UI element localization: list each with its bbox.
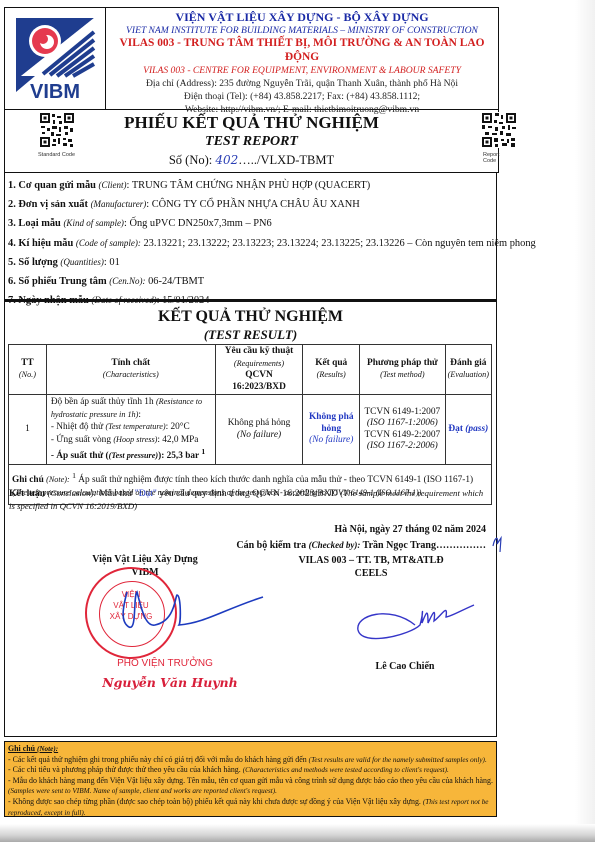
- report-title-en: TEST REPORT: [5, 134, 498, 150]
- centre-name-vi: VILAS 003 - TRUNG TÂM THIẾT BỊ, MÔI TRƯỜ…: [106, 37, 498, 63]
- row-characteristics: Độ bền áp suất thủy tĩnh 1h (Resistance …: [46, 395, 215, 465]
- institute-name-vi: VIỆN VẬT LIỆU XÂY DỰNG - BỘ XÂY DỰNG: [106, 11, 498, 24]
- footer-note-title: Ghi chú (Note):: [8, 744, 58, 753]
- info-quantities: 5. Số lượng (Quantities): 01: [8, 253, 496, 272]
- footer-note-item: - Mẫu do khách hàng mang đến Viện Vật li…: [8, 776, 493, 797]
- info-manufacturer: 2. Đơn vị sản xuất (Manufacturer): CÔNG …: [8, 195, 496, 214]
- signer-name: Lê Cao Chiến: [355, 661, 455, 672]
- results-table: TT(No.) Tính chất(Characteristics) Yêu c…: [8, 344, 492, 505]
- deputy-signature-icon: [115, 587, 265, 637]
- institute-name-en: VIET NAM INSTITUTE FOR BUILDING MATERIAL…: [106, 24, 498, 37]
- col-requirements: Yêu cầu kỹ thuật(Requirements)QCVN 16:20…: [215, 345, 303, 395]
- row-requirement: Không phá hỏng(No failure): [215, 395, 303, 465]
- address: Địa chỉ (Address): 235 đường Nguyễn Trãi…: [106, 77, 498, 90]
- row-no: 1: [9, 395, 47, 465]
- page-bottom-edge: [0, 824, 595, 842]
- info-code-of-sample: 4. Kí hiệu mẫu (Code of sample): 23.1322…: [8, 234, 496, 253]
- centre-name-en: VILAS 003 - CENTRE FOR EQUIPMENT, ENVIRO…: [106, 64, 498, 77]
- col-evaluation: Đánh giá(Evaluation): [445, 345, 491, 395]
- results-table-header: TT(No.) Tính chất(Characteristics) Yêu c…: [9, 345, 492, 395]
- footer-note: Ghi chú (Note): - Các kết quả thử nghiệm…: [4, 741, 497, 817]
- col-characteristics: Tính chất(Characteristics): [46, 345, 215, 395]
- deputy-title: PHÓ VIỆN TRƯỞNG: [105, 658, 225, 669]
- info-centre-number: 6. Số phiếu Trung tâm (Cen.No): 06-24/TB…: [8, 272, 496, 291]
- vibm-logo-icon: VIBM: [5, 8, 104, 107]
- report-number-label: Số (No):: [169, 153, 216, 167]
- info-client: 1. Cơ quan gửi mẫu (Client): TRUNG TÂM C…: [8, 176, 496, 195]
- row-result: Không phá hỏng(No failure): [303, 395, 360, 465]
- report-number-suffix: …../VLXD-TBMT: [238, 153, 334, 167]
- col-test-method: Phương pháp thử(Test method): [360, 345, 445, 395]
- svg-text:VIBM: VIBM: [30, 81, 80, 103]
- vibm-logo: VIBM: [5, 8, 106, 109]
- footer-note-item: - Không được sao chép từng phần (được sa…: [8, 797, 493, 818]
- sample-info: 1. Cơ quan gửi mẫu (Client): TRUNG TÂM C…: [4, 172, 497, 300]
- row-test-method: TCVN 6149-1:2007(ISO 1167-1:2006)TCVN 61…: [360, 395, 445, 465]
- footer-note-item: - Các kết quả thử nghiệm ghi trong phiếu…: [8, 755, 493, 766]
- footer-note-item: - Các chỉ tiêu và phương pháp thử được t…: [8, 765, 493, 776]
- info-kind-of-sample: 3. Loại mẫu (Kind of sample): Ống uPVC D…: [8, 214, 496, 233]
- report-number: Số (No): 402…../VLXD-TBMT: [5, 153, 498, 168]
- col-no: TT(No.): [9, 345, 47, 395]
- conclusion: Kết luận (Conclusion): Mẫu thử "Đạt" yêu…: [9, 487, 491, 513]
- results-title-en: (TEST RESULT): [5, 327, 496, 343]
- deputy-name: Nguyễn Văn Huynh: [95, 675, 245, 690]
- page-right-edge: [575, 0, 595, 842]
- col-results: Kết quả(Results): [303, 345, 360, 395]
- lab-name: VILAS 003 – TT. TB, MT&ATLĐCEELS: [281, 554, 461, 580]
- test-results-section: KẾT QUẢ THỬ NGHIỆM (TEST RESULT) TT(No.)…: [4, 300, 497, 737]
- report-title-block: Standard Code Report Code PHIẾU KẾT QUẢ …: [4, 108, 499, 173]
- signer-signature-icon: [350, 595, 480, 650]
- report-number-handwritten: 402: [215, 153, 238, 167]
- checked-by: Cán bộ kiểm tra (Checked by): Trần Ngọc …: [236, 540, 486, 551]
- phone-fax: Điện thoại (Tel): (+84) 43.858.2217; Fax…: [106, 90, 498, 103]
- table-row: 1 Độ bền áp suất thủy tĩnh 1h (Resistanc…: [9, 395, 492, 465]
- row-evaluation: Đạt (pass): [445, 395, 491, 465]
- report-title-vi: PHIẾU KẾT QUẢ THỬ NGHIỆM: [5, 113, 498, 133]
- initials-signature-icon: [491, 534, 505, 554]
- results-title-vi: KẾT QUẢ THỬ NGHIỆM: [5, 308, 496, 326]
- signing-date: Hà Nội, ngày 27 tháng 02 năm 2024: [334, 524, 486, 535]
- letterhead: VIBM VIỆN VẬT LIỆU XÂY DỰNG - BỘ XÂY DỰN…: [4, 7, 499, 110]
